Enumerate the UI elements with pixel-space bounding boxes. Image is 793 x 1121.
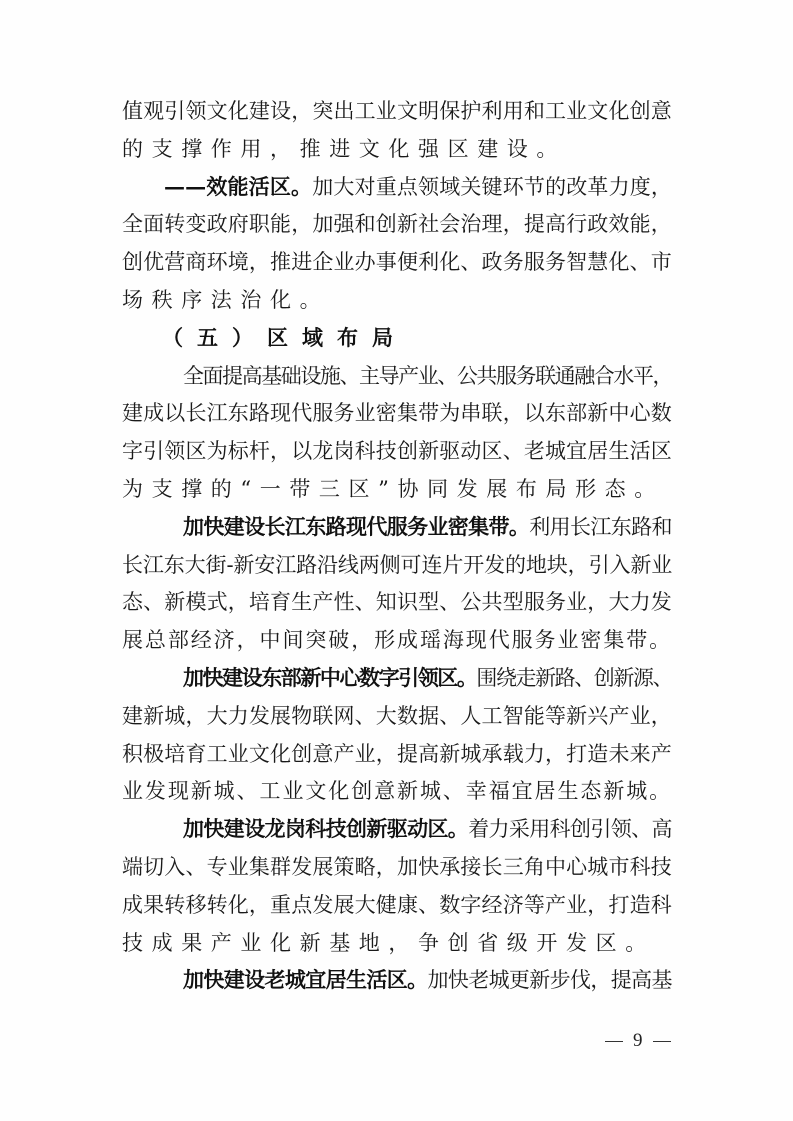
text-line: 值观引领文化建设，突出工业文明保护利用和工业文化创意 (122, 96, 682, 134)
line-text: 字引领区为标杆，以龙岗科技创新驱动区、老城宜居生活区 (122, 436, 672, 466)
page-number-dash-left (605, 1041, 623, 1042)
line-text: 积极培育工业文化创意产业，提高新城承载力，打造未来产 (122, 739, 672, 769)
text-line: 的支撑作用，推进文化强区建设。 (122, 134, 682, 172)
document-page: 值观引领文化建设，突出工业文明保护利用和工业文化创意 的支撑作用，推进文化强区建… (0, 0, 793, 1121)
text-line: 业发现新城、工业文化创意新城、幸福宜居生态新城。 (122, 776, 682, 814)
text-line: 为支撑的“一带三区”协同发展布局形态。 (122, 474, 682, 512)
paragraph-start-old-town: 加快建设老城宜居生活区。 加快老城更新步伐，提高基 (122, 965, 682, 1003)
bold-lead: 加快建设东部新中心数字引领区。 (183, 663, 476, 693)
paragraph-start-innovation-zone: 加快建设龙岗科技创新驱动区。 着力采用科创引领、高 (122, 814, 682, 852)
section-heading: （五）区域布局 (122, 323, 682, 361)
line-text: 成果转移转化，重点发展大健康、数字经济等产业，打造科 (122, 890, 672, 920)
line-text: 长江东大街-新安江路沿线两侧可连片开发的地块，引入新业 (122, 550, 672, 580)
line-text: 态、新模式，培育生产性、知识型、公共型服务业，大力发 (122, 587, 672, 617)
text-line: 展总部经济，中间突破，形成瑶海现代服务业密集带。 (122, 625, 682, 663)
line-text: 加大对重点领域关键环节的改革力度， (312, 172, 672, 202)
page-number-dash-right (653, 1041, 671, 1042)
text-line: 成果转移转化，重点发展大健康、数字经济等产业，打造科 (122, 890, 682, 928)
line-text: 值观引领文化建设，突出工业文明保护利用和工业文化创意 (122, 96, 672, 126)
paragraph-start: 全面提高基础设施、主导产业、公共服务联通融合水平， (122, 361, 682, 399)
text-line: 场秩序法治化。 (122, 285, 682, 323)
line-text: 全面转变政府职能，加强和创新社会治理，提高行政效能， (122, 209, 672, 239)
bold-lead: ——效能活区。 (164, 172, 312, 202)
text-line: 态、新模式，培育生产性、知识型、公共型服务业，大力发 (122, 587, 682, 625)
text-line: 字引领区为标杆，以龙岗科技创新驱动区、老城宜居生活区 (122, 436, 682, 474)
line-text: 展总部经济，中间突破，形成瑶海现代服务业密集带。 (122, 625, 672, 655)
text-line: 端切入、专业集群发展策略，加快承接长三角中心城市科技 (122, 852, 682, 890)
text-line: 全面转变政府职能，加强和创新社会治理，提高行政效能， (122, 209, 682, 247)
line-text: 加快老城更新步伐，提高基 (427, 965, 671, 995)
line-text: 利用长江东路和 (529, 512, 672, 542)
text-line: 积极培育工业文化创意产业，提高新城承载力，打造未来产 (122, 739, 682, 777)
line-text: 着力采用科创引领、高 (468, 814, 672, 844)
page-number-value: 9 (633, 1030, 643, 1052)
text-line: 技成果产业化新基地，争创省级开发区。 (122, 928, 682, 966)
bold-lead: 加快建设老城宜居生活区。 (183, 965, 427, 995)
line-text: 建成以长江东路现代服务业密集带为串联，以东部新中心数 (122, 398, 672, 428)
line-text: 业发现新城、工业文化创意新城、幸福宜居生态新城。 (122, 776, 672, 806)
body-text: 值观引领文化建设，突出工业文明保护利用和工业文化创意 的支撑作用，推进文化强区建… (122, 96, 682, 1003)
text-line: 建成以长江东路现代服务业密集带为串联，以东部新中心数 (122, 398, 682, 436)
line-text: 创优营商环境，推进企业办事便利化、政务服务智慧化、市 (122, 247, 672, 277)
line-text: 建新城，大力发展物联网、大数据、人工智能等新兴产业， (122, 701, 672, 731)
text-line: 创优营商环境，推进企业办事便利化、政务服务智慧化、市 (122, 247, 682, 285)
line-text: 端切入、专业集群发展策略，加快承接长三角中心城市科技 (122, 852, 672, 882)
line-text: 全面提高基础设施、主导产业、公共服务联通融合水平， (183, 361, 672, 391)
bold-lead: 加快建设长江东路现代服务业密集带。 (183, 512, 529, 542)
paragraph-start-digital-zone: 加快建设东部新中心数字引领区。 围绕走新路、创新源、 (122, 663, 682, 701)
line-text: 围绕走新路、创新源、 (476, 663, 672, 693)
text-line: 建新城，大力发展物联网、大数据、人工智能等新兴产业， (122, 701, 682, 739)
line-text: 为支撑的“一带三区”协同发展布局形态。 (122, 474, 664, 504)
line-text: 技成果产业化新基地，争创省级开发区。 (122, 928, 655, 958)
page-number: 9 (605, 1030, 671, 1052)
line-text: 场秩序法治化。 (122, 285, 329, 315)
bold-lead: 加快建设龙岗科技创新驱动区。 (183, 814, 468, 844)
text-line: 长江东大街-新安江路沿线两侧可连片开发的地块，引入新业 (122, 550, 682, 588)
heading-text: （五）区域布局 (162, 323, 407, 353)
line-text: 的支撑作用，推进文化强区建设。 (122, 134, 566, 164)
paragraph-start-efficiency: ——效能活区。 加大对重点领域关键环节的改革力度， (122, 172, 682, 210)
paragraph-start-service-belt: 加快建设长江东路现代服务业密集带。 利用长江东路和 (122, 512, 682, 550)
